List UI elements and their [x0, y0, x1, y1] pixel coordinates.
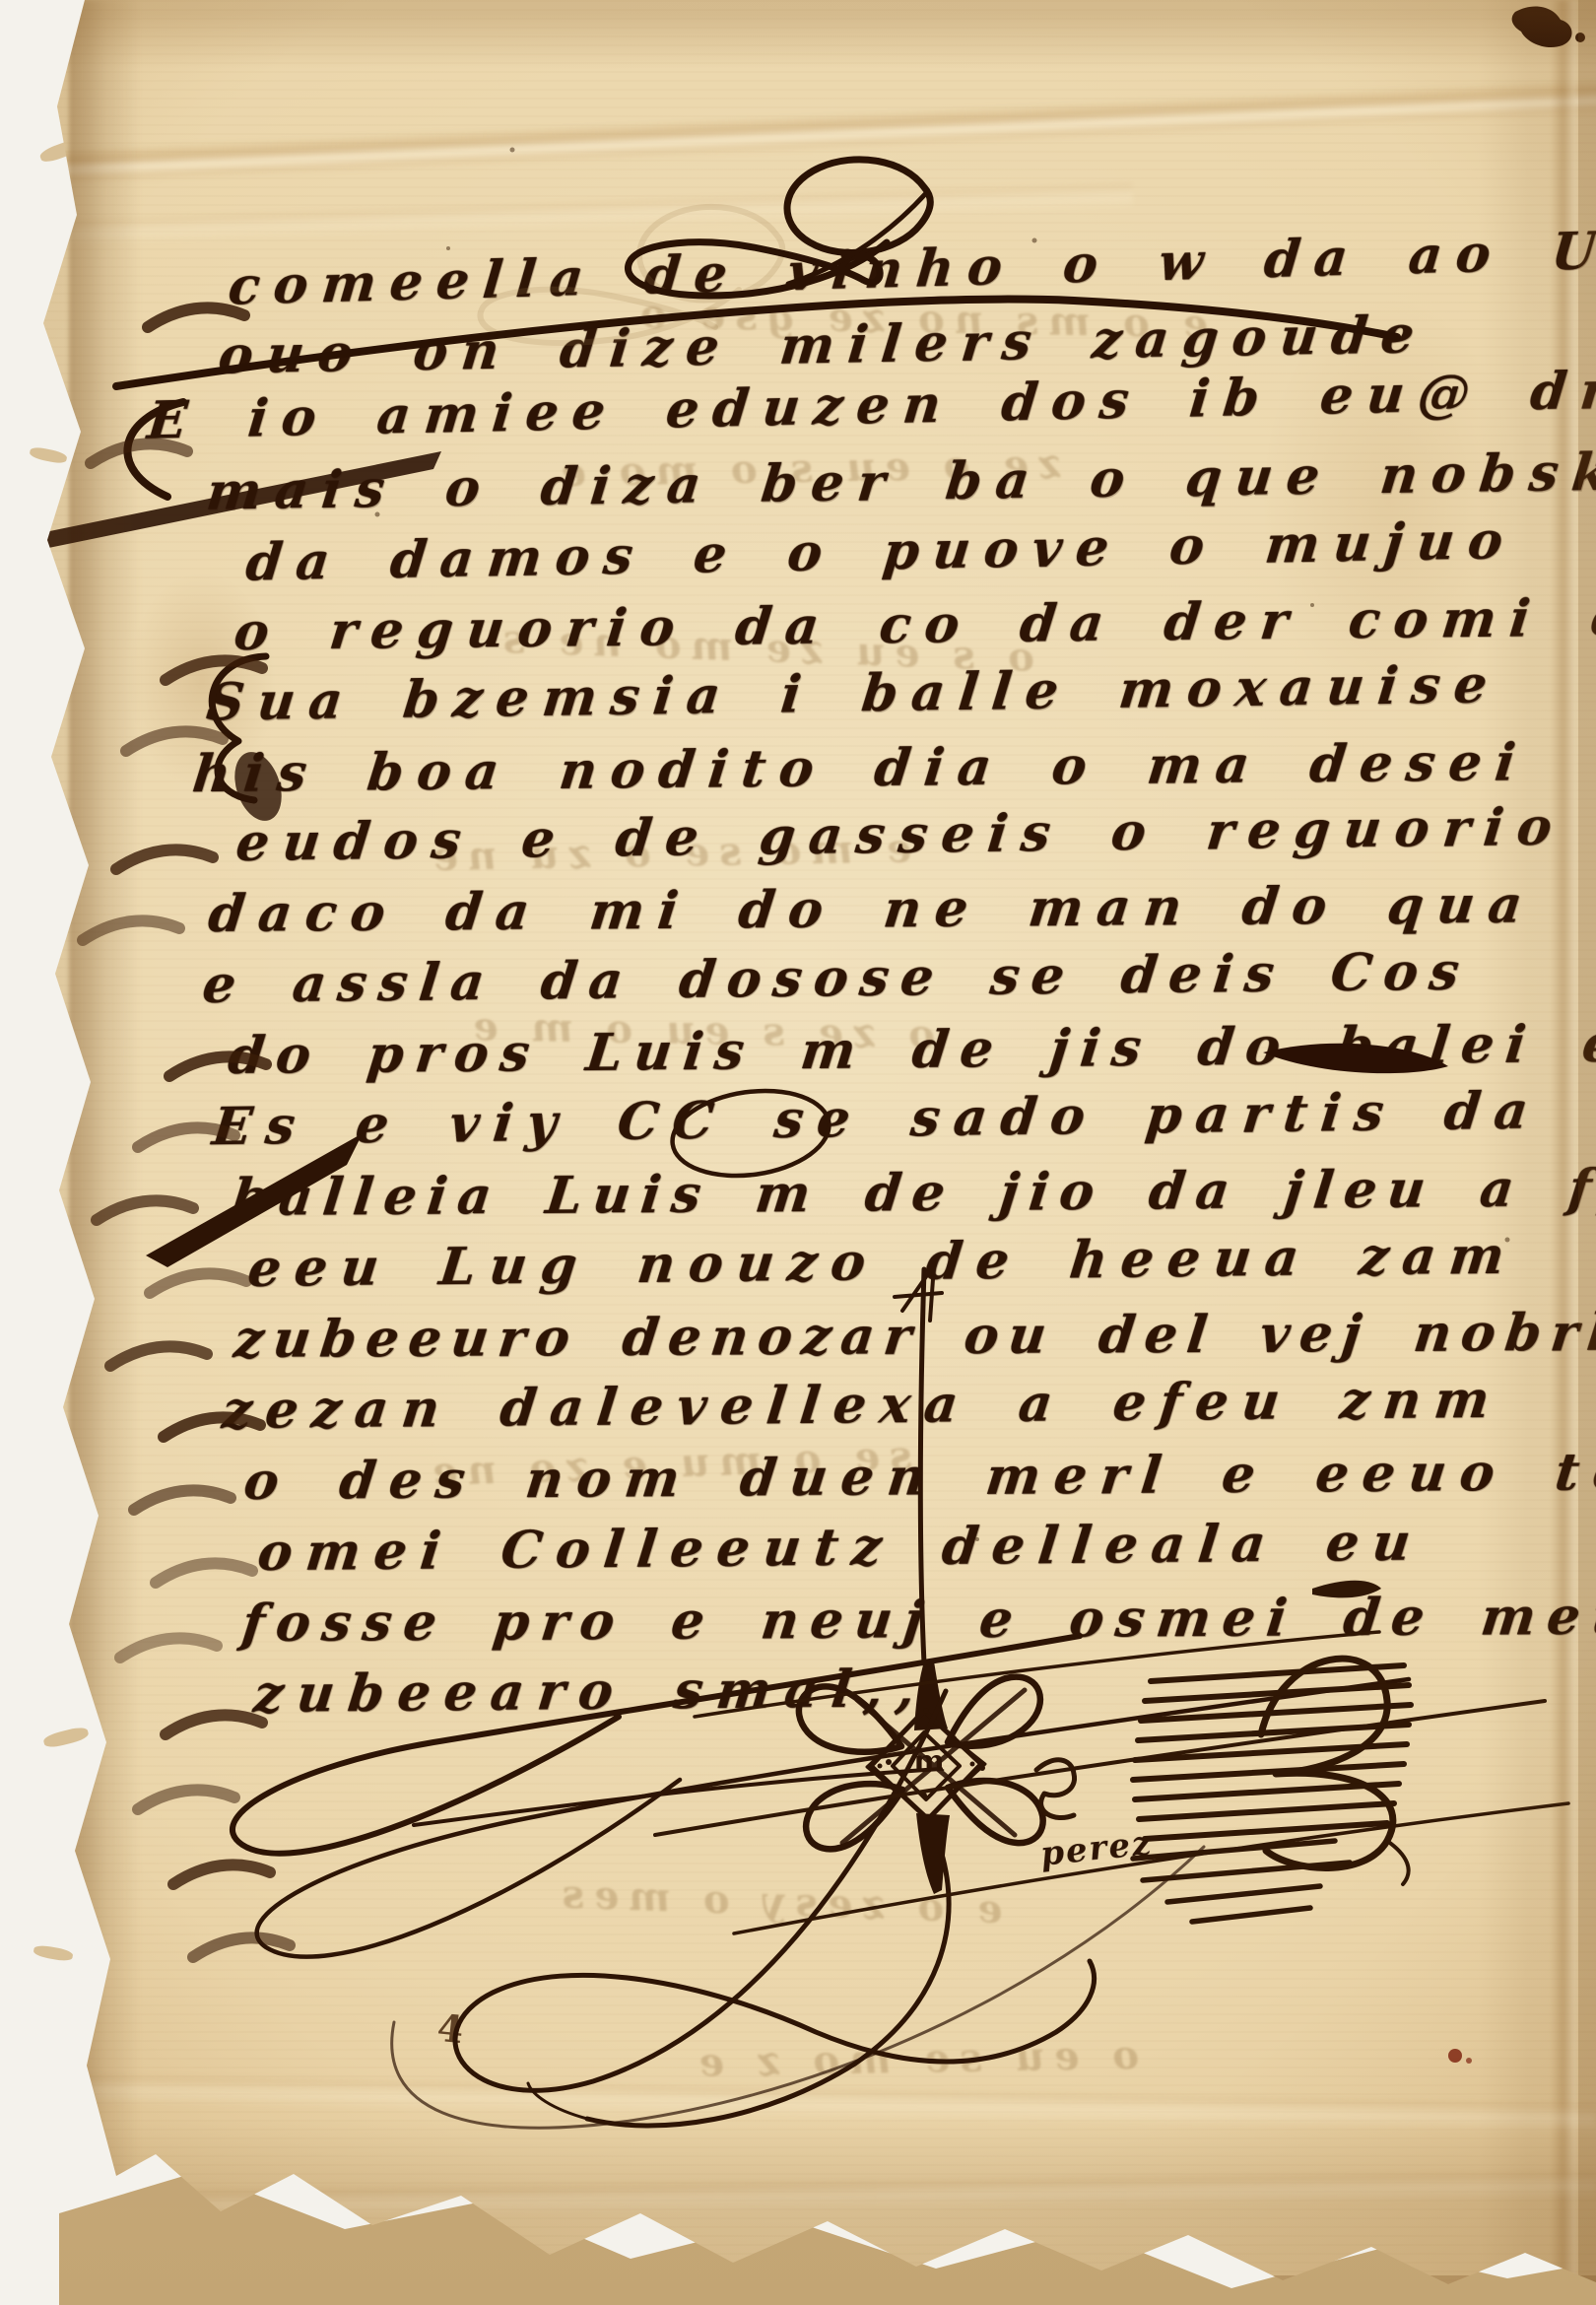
signature-hatching-lower	[1133, 1841, 1350, 1922]
bleedthrough-line: o eu se mo z e	[688, 2032, 1142, 2086]
notarial-sign-monogram: m	[907, 1744, 951, 1779]
manuscript-line: eudos e de gasseis o reguorio	[233, 802, 1567, 869]
crease-bottom-2	[99, 2171, 1596, 2219]
manuscript-line: da damos e o puove o mujuo	[243, 516, 1518, 589]
red-spot	[1448, 2049, 1462, 2063]
crease-right-edge	[1551, 0, 1576, 2305]
signature-long-line-b	[655, 1701, 1545, 1835]
manuscript-line: fosse pro e neuj e osmei de meu	[239, 1592, 1596, 1650]
manuscript-line: balleia Luis m de jio da jleu a ff	[230, 1163, 1596, 1224]
corner-ink-blot	[1512, 6, 1572, 47]
manuscript-line: o des nom duen merl e eeuo tor	[241, 1447, 1596, 1508]
signature-hatching	[1133, 1665, 1411, 1839]
manuscript-line: zubeearo smal,,	[251, 1663, 931, 1721]
manuscript-line: mais o diza ber ba o que nobsk	[204, 447, 1596, 518]
manuscript-line: omei Colleeutz delleala eu	[255, 1518, 1427, 1579]
manuscript-line: zezan dalevellexa a efeu znm	[220, 1375, 1505, 1437]
paper-fiber-tuft	[42, 1726, 90, 1750]
manuscript-line: e assla da dosose se deis Cos	[200, 947, 1473, 1011]
manuscript-line: do pros Luis m de jis do balei e	[226, 1019, 1596, 1082]
paper-fiber-tuft	[33, 1944, 73, 1963]
manuscript-line: Sua bzemsia i balle moxauise	[204, 660, 1503, 729]
left-edge-shading	[69, 0, 142, 2305]
marginal-numeral: 4	[435, 2005, 466, 2053]
fold-crease-top	[0, 76, 1596, 188]
sign-loop-sw	[806, 1784, 902, 1849]
manuscript-line: eeu Lug nouzo de heeua zam	[245, 1231, 1520, 1295]
signature-p-loops	[1261, 1659, 1393, 1867]
scanned-manuscript: e o ms no ze gse o ze o eu s o mo e o s …	[0, 0, 1596, 2305]
manuscript-line: daco da mi do ne man do qua	[206, 880, 1538, 940]
signature-curl	[1387, 1841, 1409, 1884]
bleedthrough-line: e o zesy o mes	[550, 1870, 1006, 1932]
manuscript-line: o reguorio da co da der comi e	[232, 592, 1596, 658]
manuscript-line: Es e viy CC se sado partis da	[210, 1086, 1544, 1153]
paper-fiber-tuft	[29, 445, 68, 465]
sign-tail-tip	[528, 2083, 587, 2119]
sign-left-line	[414, 1769, 941, 1825]
signature-scribble	[1036, 1760, 1075, 1818]
manuscript-line: zubeeuro denozar ou del vej nobrbi	[232, 1307, 1596, 1366]
manuscript-line: his boa nodito dia o ma desei	[190, 737, 1532, 800]
signature-name: perez	[1038, 1823, 1155, 1874]
sign-loop-se	[948, 1781, 1043, 1843]
sign-lower-spike	[916, 1813, 950, 1894]
sign-loop-ne	[948, 1677, 1040, 1746]
manuscript-page: e o ms no ze gse o ze o eu s o mo e o s …	[0, 0, 1596, 2305]
